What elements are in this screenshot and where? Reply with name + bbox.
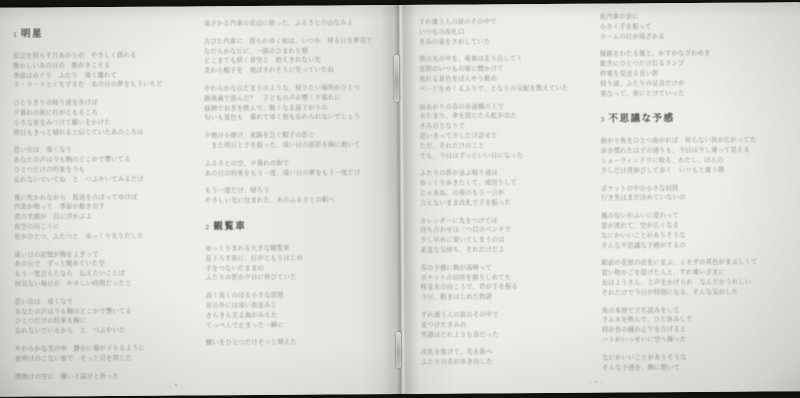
lyric-stanza: 雨あがりの春の歩道橋の上で水たまり、傘を閉じたら虹が出たきみのとなりで思いきって… <box>419 101 589 161</box>
lyric-stanza: 春の予感に胸が高鳴ってポケットの切符を握りしめてた桜並木の向こうで、君が手を振る… <box>420 262 590 302</box>
lyric-stanza: 夜汽車の窓に小さく手を振ってホームの灯が遠ざかる <box>600 11 780 42</box>
lyric-stanza: 願いをひとつだけそっと唱えた <box>206 337 384 348</box>
lyric-line: きみの姿をさがしていた <box>419 36 589 47</box>
lyric-line: ホームの灯が遠ざかる <box>600 31 780 42</box>
booklet-photo: { "booklet": { "footer_left": "- * -", "… <box>0 0 800 398</box>
lyric-line: そんな不思議な予感がするの <box>601 240 781 251</box>
lyric-line: やさしい光に包まれた、あのふるさとの駅へ <box>205 195 383 206</box>
lyric-line: 言えないまま改札で手を振った <box>420 197 590 208</box>
lyric-line: 匂いも景色も 暮れてゆく街も忘れられないでしょう <box>204 112 382 123</box>
lyric-line: 遠ざかる汽車の窓辺に映った、ふるさとの山なみよ <box>204 18 382 29</box>
lyric-line: ふたりの影が夕日に伸びていた <box>206 272 384 283</box>
lyric-stanza: 朝焼けの空に 願いよ届けと祈った <box>15 371 185 382</box>
lyric-stanza: 窓辺を照らす月あかりが やさしく揺れる懐かしいあの日の 歌がきこえる季節はめぐり… <box>13 51 183 91</box>
staple-top <box>394 55 399 102</box>
lyric-line: 今日、動きはじめた物語 <box>421 292 591 303</box>
lyric-stanza: 曲がり角をひとつ曲がれば 知らない街が広がってた歩き慣れたはずの通りも、今日は少… <box>601 136 781 176</box>
lyric-line: 願いをひとつだけそっと唱えた <box>206 337 384 348</box>
track-title: 不思議な予感 <box>609 113 675 124</box>
lyrics-column-4: 夜汽車の窓に小さく手を振ってホームの灯が遠ざかる線路をわたる風と、かすかなざわめ… <box>600 11 783 381</box>
lyric-line: やわらかな日だまりのような、帰りたい場所がひとつ <box>204 83 382 94</box>
lyric-line: 素直な気持ち、それだけだよ <box>420 245 590 256</box>
lyric-stanza: 思い出は 遠くなりあなたの声は今も胸のどこかで響いてるひとつだけの約束を今も忘れ… <box>14 145 184 185</box>
page-footer-ornament-right: - * - <box>576 380 616 386</box>
lyric-line: 古びた汽車に 揺られゆく旅は、いつか 帰る日を夢見て <box>204 36 382 47</box>
lyric-line: そんな予感を、胸に抱いて <box>602 362 782 373</box>
lyric-stanza: 遠い日の記憶が胸をよぎってあの丘で ずっと眺めていた空もう一度会えたなら 伝えた… <box>14 249 184 289</box>
lyric-stanza: 角の本屋で立ち読みをしてラムネを飲んで、ひと休みして時計台の鐘が正午を告げるとハ… <box>602 305 782 345</box>
lyric-stanza: 線路をわたる風と、かすかなざわめき駅舎にひとつだけ灯るランプ終電を見送る長い影帰… <box>600 49 780 99</box>
lyric-stanza: やわらかな日だまりのような、帰りたい場所がひとつ路地裏で遊んだ？ 子どもの声が響… <box>204 83 382 123</box>
lyric-stanza: カレンダーに丸をつけては待ち合わせは三つ目のベンチで少し早めに着いてしまうのは素… <box>420 215 590 255</box>
track-number: 2 <box>205 223 209 231</box>
lyric-line: ハトがいっせいに空へ舞った <box>602 334 782 345</box>
lyric-stanza: 風の匂いがふいに変わって雲が流れて、空が広くなるなにかいいことがありそうなそんな… <box>601 210 781 250</box>
lyric-line: 曲がり角をひとつ曲がれば 知らない街が広がってた <box>601 136 781 147</box>
lyric-line: 星がひとつ、ふたつと ゆっくり光りだした <box>14 231 184 242</box>
lyric-stanza: ポケットの中の小さな切符行き先はまだ決めていないの <box>601 183 781 204</box>
lyric-line: ふたりの春が歩き出した <box>421 357 591 368</box>
lyric-stanza: もう一度だけ、帰ろうやさしい光に包まれた、あのふるさとの駅へ <box>205 185 383 206</box>
lyric-line: 麦わら帽子を 飛ばされそうに笑っていたね <box>204 65 382 76</box>
lyric-line: 何気ない毎日が やさしい時間だったと <box>15 278 185 289</box>
lyric-stanza: 駅前の花屋の店先に並ぶ、ミモザの黄色がまぶしくて買い物かごを提げた人と、すれ違い… <box>601 258 781 298</box>
lyric-stanza: ゆっくりまわる大きな観覧車見下ろす街に、灯がともりはじめ手をつないだままのふたり… <box>205 243 383 283</box>
lyrics-column-2: 遠ざかる汽車の窓辺に映った、ふるさとの山なみよ古びた汽車に 揺られゆく旅は、いつ… <box>204 18 384 356</box>
lyric-stanza: 改札を抜けて、光る街へふたりの春が歩き出した <box>421 347 591 368</box>
lyric-line: ラ・ラ・ラとくちずさむ あの日の夢をもういちど <box>13 80 183 91</box>
lyric-stanza: 朝の光の中を、電車は走り出してく窓際のいつもの席に腰かけて流れる景色をぼんやり眺… <box>419 54 589 94</box>
lyric-line: 明日もきっと晴れると信じていたあのころは <box>13 127 183 138</box>
lyric-stanza: なにかいいことがありそうなそんな予感を、胸に抱いて <box>602 352 782 373</box>
lyric-line: それだけで今日が特別になる、そんな気がした <box>602 287 782 298</box>
lyric-line: あの日の約束をもう一度、遠い日の夢をもう一度だけ <box>205 168 383 179</box>
track-number: 3 <box>600 116 604 124</box>
booklet-spread: 1明星窓辺を照らす月あかりが やさしく揺れる懐かしいあの日の 歌がきこえる季節は… <box>0 2 800 397</box>
lyric-line: 夜明けのこない街で そっと目を閉じた <box>15 353 185 364</box>
lyric-stanza: すれ違う人の波のその中で見つけたきみの笑顔はだれよりも春だった <box>421 310 591 341</box>
lyric-line: 駅前の花屋の店先に並ぶ、ミモザの黄色がまぶしくて <box>601 258 781 269</box>
lyric-line: 忘れないでいてね と つぶやいてみるだけ <box>14 174 184 185</box>
track-heading: 3不思議な予感 <box>600 113 780 126</box>
track-number: 1 <box>13 31 17 39</box>
lyric-stanza: 高く高くのぼる小さな部屋窓の外には遠い街並みときらきら光る海がみえたてっぺんで止… <box>206 290 384 330</box>
lyric-stanza: ひとりきりの帰り道を歩けば夕暮れの街に灯がともるころ小さな星をみつけて願いをかけ… <box>13 98 183 138</box>
lyric-stanza: ふたりの影が並ぶ帰り道はゆっくり歩きたくて、遠回りしてじゃあね、の後のもう一言が… <box>420 168 590 208</box>
track-title: 観覧車 <box>213 221 246 232</box>
lyrics-column-3: すれ違う人の波のその中でいつもの改札口きみの姿をさがしていた朝の光の中を、電車は… <box>419 17 591 376</box>
lyric-line: 行き先はまだ決めていないの <box>601 193 781 204</box>
lyric-line: また明日と手を振った、遠い日の面影を胸に抱いて <box>205 140 383 151</box>
lyric-line: でも、今日はずっといい日になった <box>420 150 590 161</box>
lyric-stanza: すれ違う人の波のその中でいつもの改札口きみの姿をさがしていた <box>419 17 589 48</box>
lyric-line: 忘れないでいるから と つぶやいた <box>15 326 185 337</box>
lyric-line: ページをめくるふりで、となりの気配を数えていた <box>419 83 589 94</box>
track-heading: 2観覧車 <box>205 220 383 233</box>
lyric-line: 朝焼けの空に 願いよ届けと祈った <box>15 371 185 382</box>
staple-bottom <box>396 332 401 368</box>
lyric-stanza: 風に吹かれながら 坂道をのぼってゆけば汽笛が鳴って 季節が動き出す君の笑顔が 目… <box>14 192 184 242</box>
lyric-line: 笑顔はだれよりも春だった <box>421 329 591 340</box>
lyric-stanza: 思い出は 遠くなりあなたの声は今も胸のどこかで響いてるひとつだけの約束を胸に忘れ… <box>15 296 185 336</box>
track-title: 明星 <box>21 28 43 39</box>
lyric-stanza: 古びた汽車に 揺られゆく旅は、いつか 帰る日を夢見てなだらかな丘に、一面のひまわ… <box>204 36 382 76</box>
page-footer-ornament-left: - * - <box>156 383 196 389</box>
lyric-line: 重なって、夜にとけていった <box>600 88 780 99</box>
lyrics-column-1: 1明星窓辺を照らす月あかりが やさしく揺れる懐かしいあの日の 歌がきこえる季節は… <box>13 23 186 390</box>
lyric-line: てっぺんで止まった一瞬に <box>206 320 384 331</box>
lyric-line: 少しだけ背伸びして歩く いつもと違う朝 <box>601 165 781 176</box>
lyric-stanza: ふるさとの空、夕暮れの街であの日の約束をもう一度、遠い日の夢をもう一度だけ <box>205 158 383 179</box>
lyric-stanza: やわらかな光の中 静かに幕が下りるように夜明けのこない街で そっと目を閉じた <box>15 343 185 364</box>
track-heading: 1明星 <box>13 28 183 41</box>
lyric-stanza: 遠ざかる汽車の窓辺に映った、ふるさとの山なみよ <box>204 18 382 29</box>
lyric-stanza: 夕焼け小焼け、家路を急ぐ帽子の影と また明日と手を振った、遠い日の面影を胸に抱い… <box>205 130 383 151</box>
